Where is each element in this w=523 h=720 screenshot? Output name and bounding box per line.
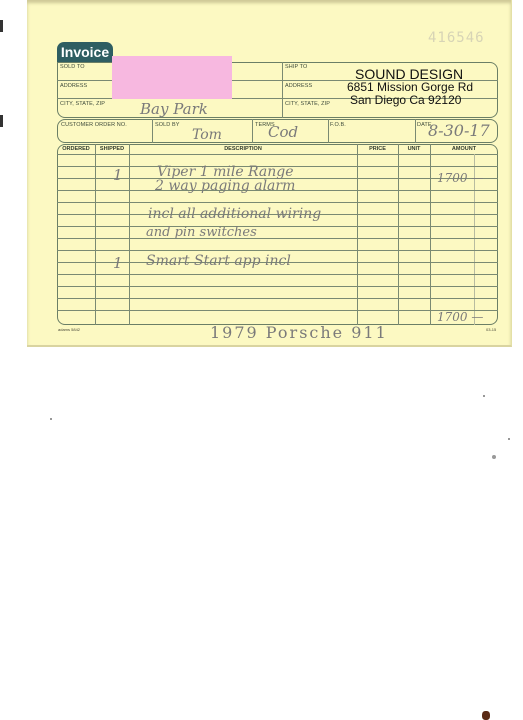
- row-shipped: 1: [113, 166, 123, 184]
- sold-to-label: SOLD TO: [60, 64, 85, 70]
- brand-mark: adams 5842: [58, 327, 80, 332]
- row-rule: [57, 274, 498, 275]
- scan-speck: [492, 455, 496, 459]
- row-description: incl all additional wiring: [148, 206, 321, 222]
- row-rule: [57, 310, 498, 311]
- customer-order-label: CUSTOMER ORDER NO.: [61, 122, 127, 128]
- scan-speck: [483, 395, 485, 397]
- ship-to-label: SHIP TO: [285, 64, 307, 70]
- ship-to-address-label: ADDRESS: [285, 83, 312, 89]
- terms-value: Cod: [268, 123, 298, 141]
- header-shipped: SHIPPED: [95, 146, 129, 152]
- redacted-customer-info: [112, 56, 232, 99]
- scan-edge-mark: [0, 20, 3, 32]
- order-info-divider: [415, 119, 416, 143]
- sold-to-city-label: CITY, STATE, ZIP: [60, 101, 105, 107]
- order-info-divider: [252, 119, 253, 143]
- address-divider: [282, 62, 283, 118]
- total-amount: 1700 —: [437, 310, 483, 324]
- row-shipped: 1: [113, 254, 123, 272]
- row-description: Smart Start app incl: [146, 253, 291, 269]
- header-description: DESCRIPTION: [129, 146, 357, 152]
- serial-number: 416546: [428, 30, 485, 46]
- sold-by-value: Tom: [192, 127, 222, 143]
- vehicle-note: 1979 Porsche 911: [210, 323, 388, 342]
- scan-speck: [508, 438, 510, 440]
- row-description: 2 way paging alarm: [155, 178, 295, 194]
- order-info-divider: [152, 119, 153, 143]
- row-rule: [57, 298, 498, 299]
- row-amount: 1700 —: [437, 171, 483, 185]
- sold-to-address-label: ADDRESS: [60, 83, 87, 89]
- header-price: PRICE: [357, 146, 398, 152]
- sold-by-label: SOLD BY: [155, 122, 180, 128]
- fob-label: F.O.B.: [330, 122, 346, 128]
- row-rule: [57, 238, 498, 239]
- scan-speck: [50, 418, 52, 420]
- header-amount: AMOUNT: [430, 146, 498, 152]
- scan-speck: [482, 711, 490, 720]
- sold-to-city-value: Bay Park: [140, 100, 208, 118]
- ship-to-city: San Diego Ca 92120: [350, 93, 461, 107]
- scan-edge-mark: [0, 115, 3, 127]
- form-code: 03-15: [486, 327, 496, 332]
- date-value: 8-30-17: [428, 121, 490, 140]
- row-description: and pin switches: [146, 225, 257, 240]
- ship-to-address: 6851 Mission Gorge Rd: [347, 80, 473, 94]
- ship-to-city-label: CITY, STATE, ZIP: [285, 101, 330, 107]
- order-info-divider: [328, 119, 329, 143]
- row-rule: [57, 250, 498, 251]
- row-rule: [57, 286, 498, 287]
- header-unit: UNIT: [398, 146, 430, 152]
- header-ordered: ORDERED: [57, 146, 95, 152]
- row-rule: [57, 202, 498, 203]
- invoice-title: Invoice: [57, 42, 113, 62]
- row-rule: [57, 226, 498, 227]
- table-header-rule: [57, 154, 498, 155]
